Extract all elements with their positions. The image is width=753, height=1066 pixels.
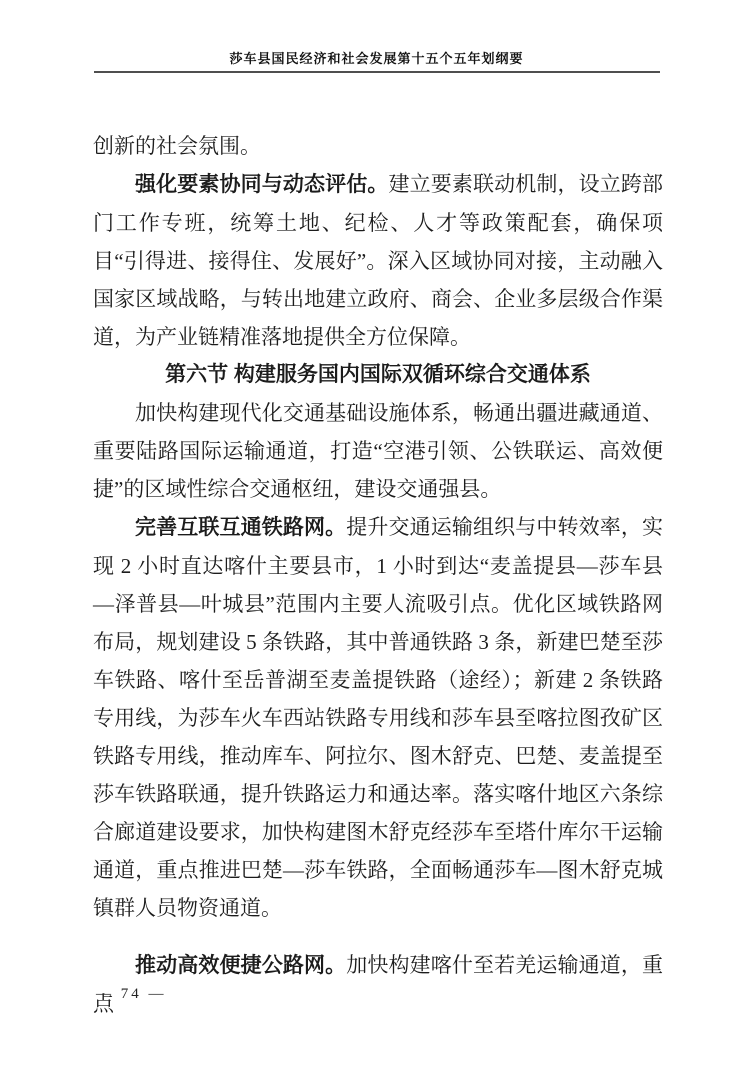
paragraph-transport-intro: 加快构建现代化交通基础设施体系，畅通出疆进藏通道、重要陆路国际运输通道，打造“空…: [93, 394, 663, 508]
paragraph-bold-lead: 推动高效便捷公路网。: [135, 954, 346, 977]
section-heading: 第六节 构建服务国内国际双循环综合交通体系: [93, 356, 663, 394]
paragraph-text: 建立要素联动机制，设立跨部门工作专班，统筹土地、纪检、人才等政策配套，确保项目“…: [93, 172, 663, 349]
paragraph-factor-coordination: 强化要素协同与动态评估。建立要素联动机制，设立跨部门工作专班，统筹土地、纪检、人…: [93, 165, 663, 356]
paragraph-bold-lead: 强化要素协同与动态评估。: [135, 173, 389, 196]
document-page: 莎车县国民经济和社会发展第十五个五年划纲要 创新的社会氛围。 强化要素协同与动态…: [0, 0, 753, 1066]
paragraph-bold-lead: 完善互联互通铁路网。: [135, 516, 346, 539]
running-header-title: 莎车县国民经济和社会发展第十五个五年划纲要: [0, 50, 753, 68]
header-rule: [94, 71, 660, 73]
document-body: 创新的社会氛围。 强化要素协同与动态评估。建立要素联动机制，设立跨部门工作专班，…: [93, 127, 663, 1023]
paragraph-highway-network: 推动高效便捷公路网。加快构建喀什至若羌运输通道，重点: [93, 946, 663, 1023]
paragraph-continuation: 创新的社会氛围。: [93, 127, 663, 165]
page-number: — 74 —: [96, 986, 167, 1003]
page-header: 莎车县国民经济和社会发展第十五个五年划纲要: [0, 0, 753, 73]
paragraph-text: 提升交通运输组织与中转效率，实现 2 小时直达喀什主要县市，1 小时到达“麦盖提…: [93, 515, 663, 920]
paragraph-railway-network: 完善互联互通铁路网。提升交通运输组织与中转效率，实现 2 小时直达喀什主要县市，…: [93, 508, 663, 927]
